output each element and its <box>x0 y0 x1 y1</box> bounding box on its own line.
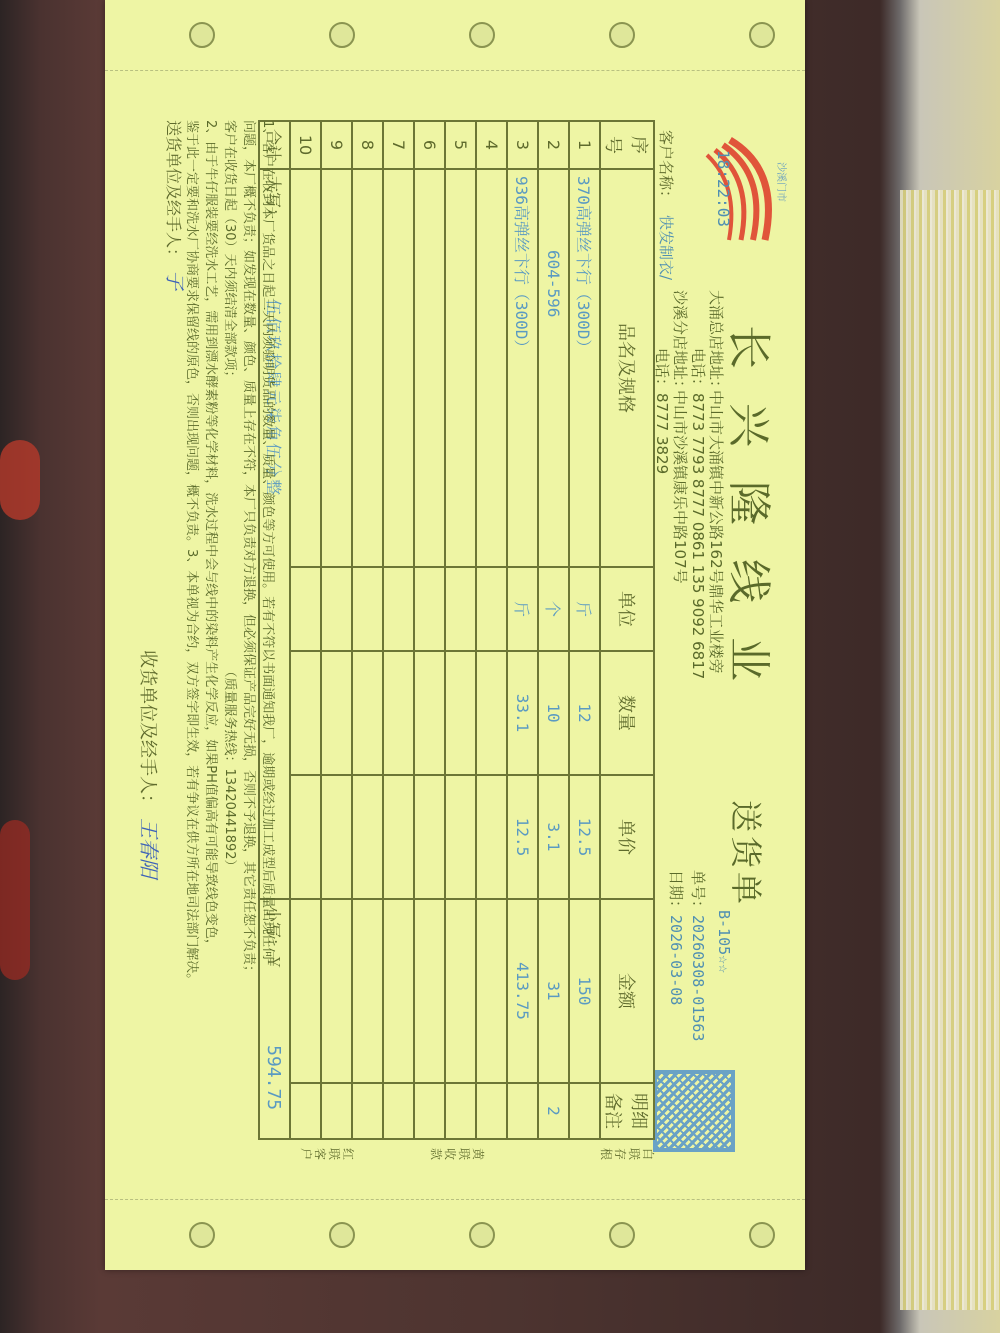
perforated-margin-right <box>105 1199 805 1270</box>
tractor-hole <box>609 1222 635 1248</box>
order-number: 单号：20260308-01563 <box>688 870 709 1041</box>
header-amount: 金额 <box>600 899 654 1083</box>
company-name: 长兴隆线业 <box>721 325 785 715</box>
tractor-hole <box>749 22 775 48</box>
document-title: 送货单 <box>725 800 771 908</box>
head-office-phone: 电话：8773 7793 8777 0861 135 9092 6817 <box>688 348 709 679</box>
tractor-hole <box>329 1222 355 1248</box>
tractor-hole <box>609 22 635 48</box>
table-row: 4 <box>476 121 507 1139</box>
table-row: 3 936高弹丝卞行（300D） 斤 33.1 12.5 413.75 <box>507 121 538 1139</box>
tractor-hole <box>469 1222 495 1248</box>
paper-stack <box>900 190 1000 1310</box>
tractor-hole <box>189 1222 215 1248</box>
table-row: 1 370高弹丝卞行（300D） 斤 12 12.5 150 <box>569 121 600 1139</box>
header-unit: 单位 <box>600 567 654 651</box>
table-row: 7 <box>383 121 414 1139</box>
header-no: 序号 <box>600 121 654 169</box>
delivery-note-paper: 沙溪门市 18:22:03 长兴隆线业 送货单 大涌总店地址：中山市大涌镇中新公… <box>95 0 805 1333</box>
order-date: 日期：2026-03-08 <box>666 870 687 1005</box>
table-row: 9 <box>321 121 352 1139</box>
items-table: 序号 品名及规格 单位 数量 单价 金额 明细备注 1 370高弹丝卞行（300… <box>258 120 655 1140</box>
copy-label-red: 红联客户 <box>299 1148 355 1164</box>
company-logo-icon <box>695 130 785 250</box>
terms-and-conditions: 1、客户在收到本厂货品之日起三天内须验明货品的数量、质量、颜色等方可使用。若有不… <box>182 120 277 1140</box>
print-time: 18:22:03 <box>714 150 733 227</box>
logo-caption: 沙溪门市 <box>775 162 790 202</box>
header-remark: 明细备注 <box>600 1083 654 1139</box>
table-row: 10 <box>290 121 321 1139</box>
tractor-hole <box>329 22 355 48</box>
sender-signature: 送货单位及经手人：子 <box>162 120 191 290</box>
header-qty: 数量 <box>600 651 654 775</box>
delivery-note-sheet: 沙溪门市 18:22:03 长兴隆线业 送货单 大涌总店地址：中山市大涌镇中新公… <box>105 0 805 1270</box>
customer-name: 客户名称：快发制衣/ <box>656 130 677 280</box>
branch-office-phone: 电话：8777 3829 <box>652 348 673 474</box>
qr-code-icon <box>653 1070 735 1152</box>
table-row: 2 604-596 个 10 3.1 31 2 <box>538 121 569 1139</box>
head-office-address: 大涌总店地址：中山市大涌镇中新公路162号鼎华工业楼旁 <box>706 290 727 674</box>
background-red-object <box>0 820 30 980</box>
header-price: 单价 <box>600 775 654 899</box>
perforated-margin-left <box>105 0 805 71</box>
copy-label-yellow: 黄联收款 <box>429 1148 485 1164</box>
table-row: 5 <box>445 121 476 1139</box>
receiver-signature: 收货单位及经手人：王春阳 <box>136 650 165 878</box>
table-row: 6 <box>414 121 445 1139</box>
table-header-row: 序号 品名及规格 单位 数量 单价 金额 明细备注 <box>600 121 654 1139</box>
tractor-hole <box>189 22 215 48</box>
background-red-object <box>0 440 40 520</box>
note-content: 沙溪门市 18:22:03 长兴隆线业 送货单 大涌总店地址：中山市大涌镇中新公… <box>105 90 805 1180</box>
table-row: 8 <box>352 121 383 1139</box>
tractor-hole <box>469 22 495 48</box>
branch-office-address: 沙溪分店地址：中山市沙溪镇康乐中路107号 <box>670 290 691 584</box>
tractor-hole <box>749 1222 775 1248</box>
form-code: B-105☆☆ <box>715 910 733 973</box>
header-name: 品名及规格 <box>600 169 654 567</box>
copy-label-white: 白联存根 <box>599 1148 655 1164</box>
